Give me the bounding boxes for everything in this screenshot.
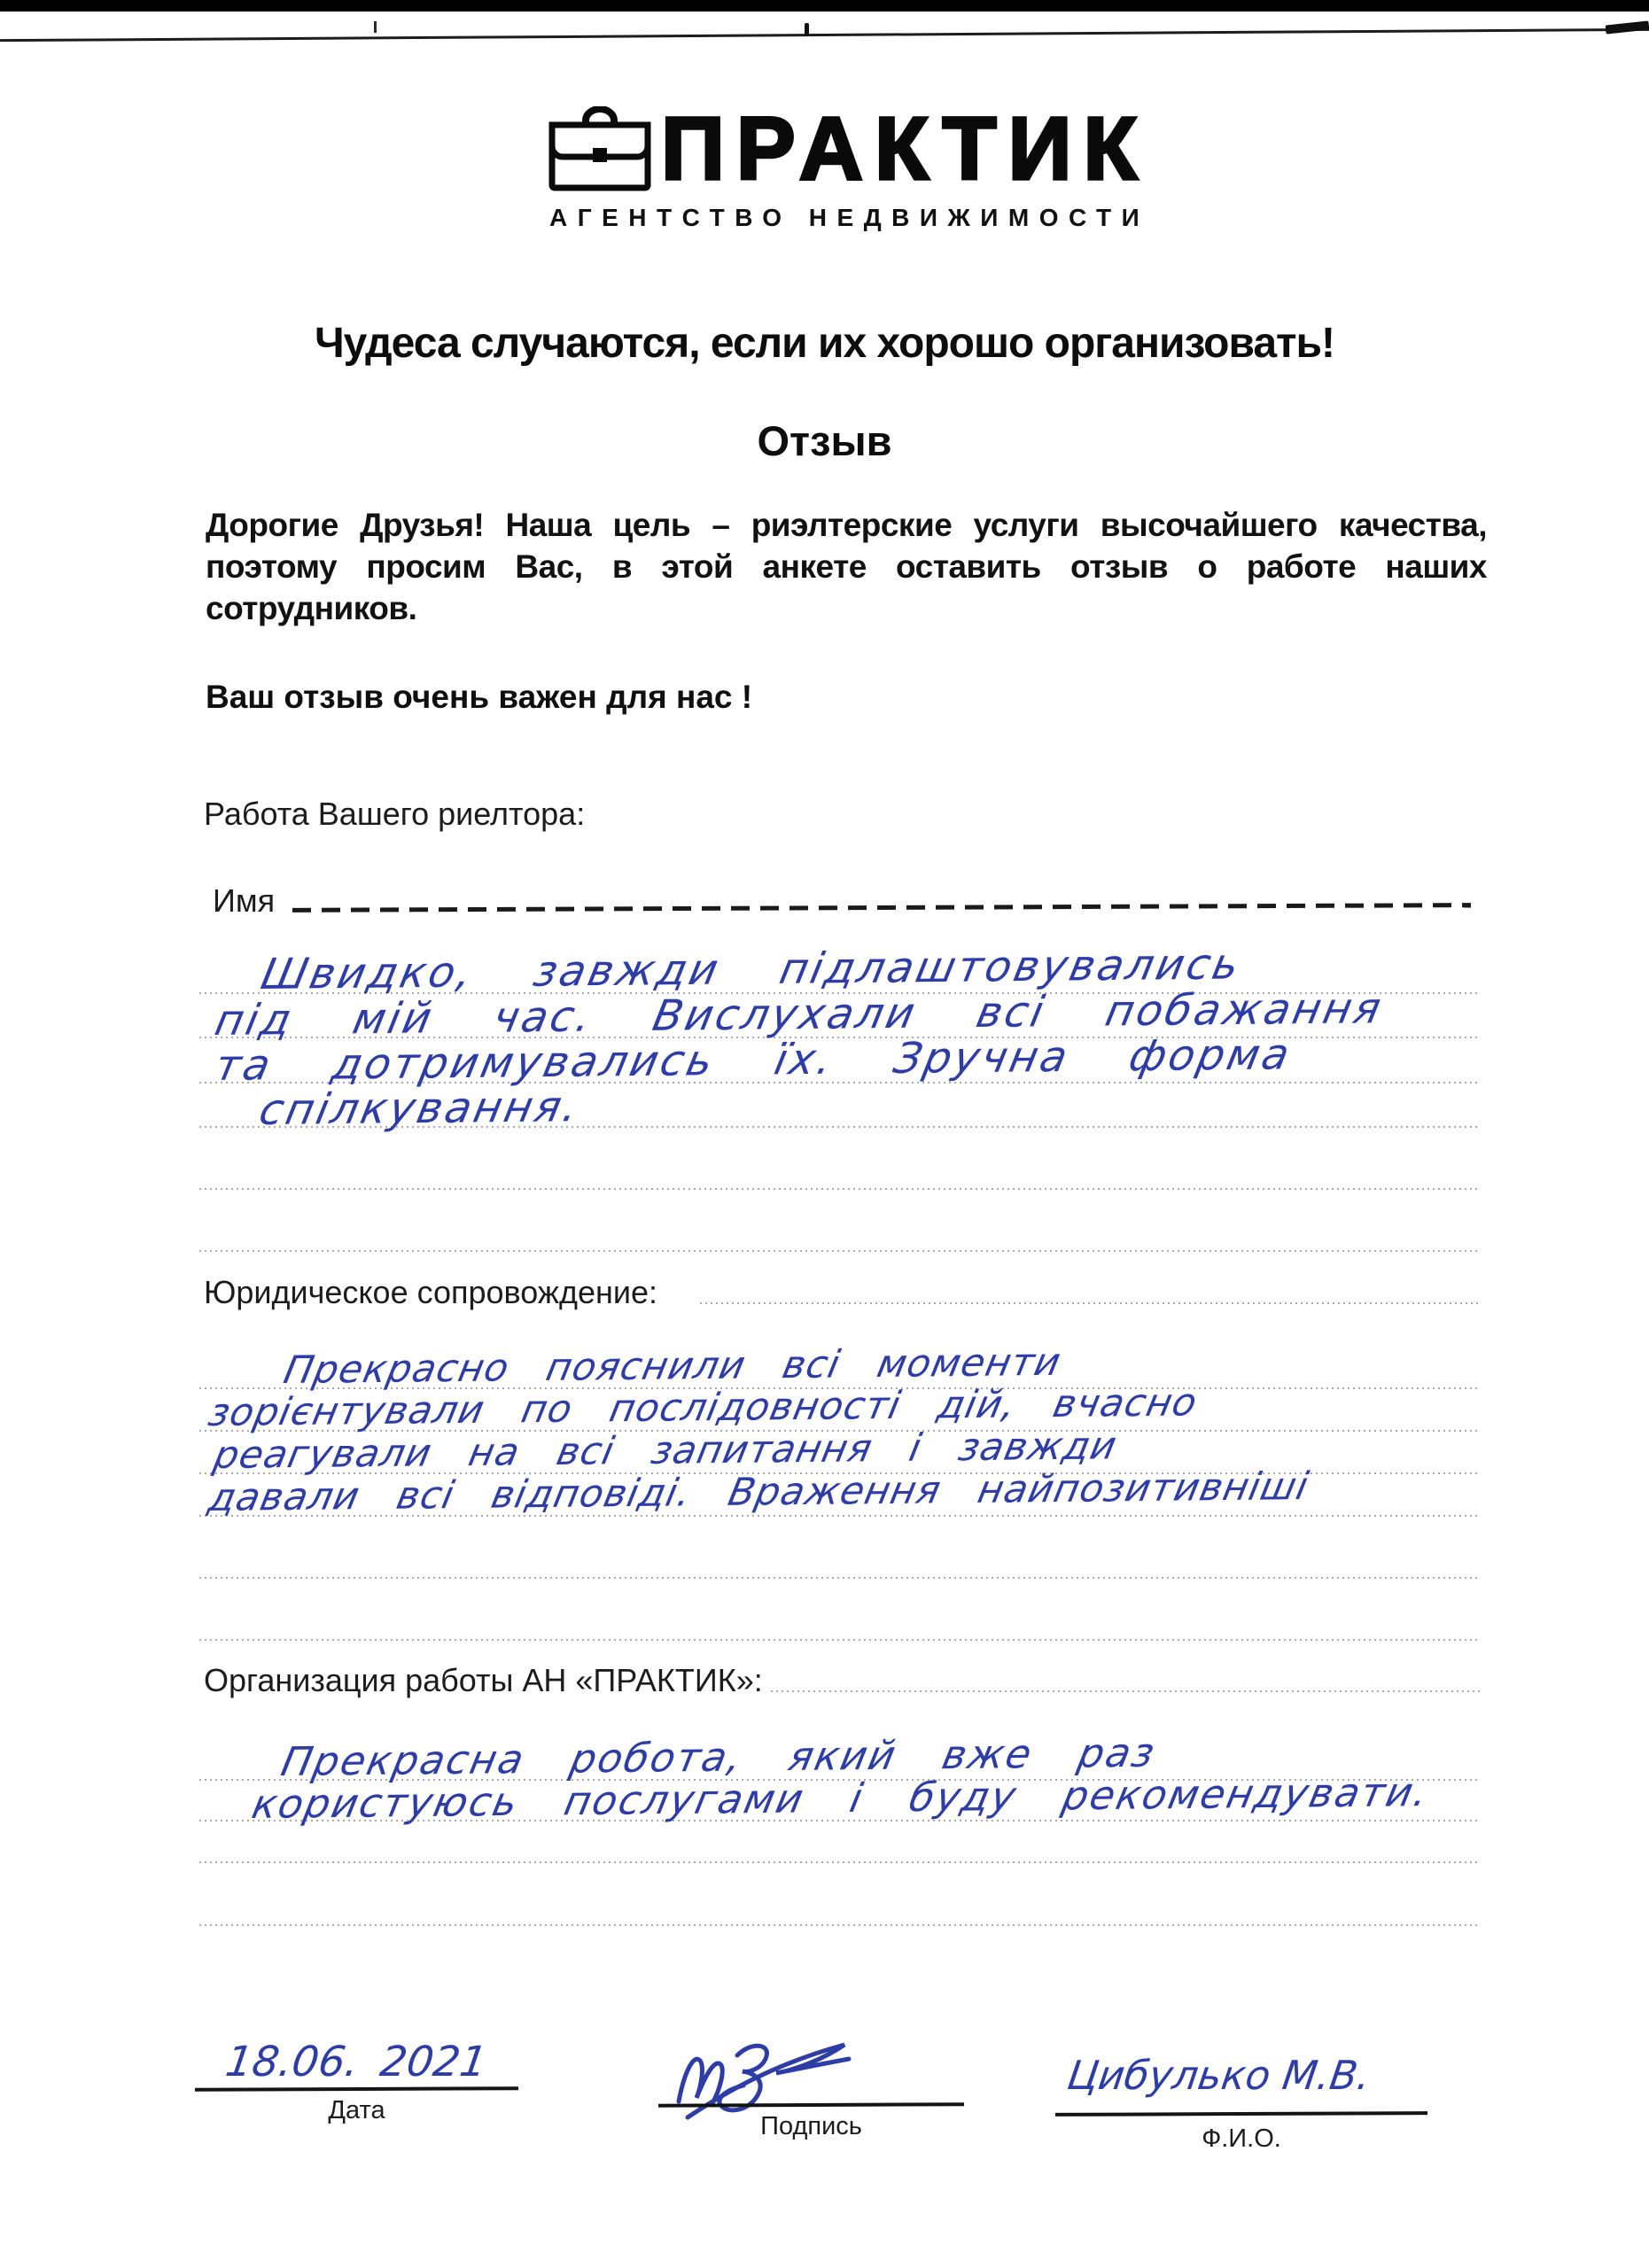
intro-line: сотрудников. bbox=[206, 590, 1487, 627]
intro-line: Дорогие Друзья! Наша цель – риэлтерские … bbox=[206, 507, 1487, 544]
date-handwritten-value: 18.06. 2021 bbox=[222, 2038, 490, 2086]
intro-line: поэтому просим Вас, в этой анкете остави… bbox=[206, 548, 1487, 586]
name-handwritten-value: Цибулько М.В. bbox=[1064, 2052, 1373, 2099]
briefcase-icon bbox=[548, 106, 652, 192]
ruled-dotted-line bbox=[199, 1924, 1480, 1926]
ruled-dotted-line bbox=[199, 1577, 1480, 1579]
logo-tagline-text: АГЕНТСТВО НЕДВИЖИМОСТИ bbox=[549, 204, 1184, 232]
signature-scribble bbox=[663, 2031, 853, 2121]
signature-underline bbox=[658, 2102, 964, 2108]
name-field-label: Имя bbox=[213, 882, 275, 920]
scan-edge-line bbox=[0, 28, 1649, 42]
scan-speck bbox=[374, 21, 377, 33]
fio-underline bbox=[1055, 2111, 1427, 2117]
section-label-legal: Юридическое сопровождение: bbox=[204, 1274, 657, 1311]
name-field-line bbox=[292, 903, 1471, 913]
form-title: Отзыв bbox=[0, 416, 1649, 465]
ruled-dotted-line bbox=[199, 1861, 1480, 1863]
importance-note: Ваш отзыв очень важен для нас ! bbox=[206, 679, 752, 716]
section-label-realtor: Работа Вашего риелтора: bbox=[204, 796, 585, 833]
date-label: Дата bbox=[195, 2096, 518, 2125]
date-underline bbox=[195, 2086, 518, 2092]
ruled-dotted-line bbox=[199, 1188, 1480, 1190]
label-dotted-line bbox=[771, 1690, 1480, 1692]
fio-label: Ф.И.О. bbox=[1055, 2124, 1427, 2154]
logo-brand-text: ПРАКТИК bbox=[661, 105, 1149, 193]
handwritten-answer-line: спілкування. bbox=[255, 1082, 585, 1135]
ruled-dotted-line bbox=[199, 1250, 1480, 1252]
scan-artifact-blob bbox=[1606, 20, 1649, 34]
ruled-dotted-line bbox=[199, 1639, 1480, 1641]
scanned-feedback-form-page: { "ink_color": "#2e3da6", "logo": { "bra… bbox=[0, 0, 1649, 2268]
signature-label: Подпись bbox=[658, 2112, 964, 2141]
scan-top-black-bar bbox=[0, 0, 1649, 12]
scan-speck bbox=[805, 23, 809, 36]
section-label-organisation: Организация работы АН «ПРАКТИК»: bbox=[204, 1662, 763, 1699]
label-dotted-line bbox=[700, 1302, 1480, 1304]
praktik-logo: ПРАКТИК АГЕНТСТВО НЕДВИЖИМОСТИ bbox=[548, 105, 1186, 239]
page-headline: Чудеса случаются, если их хорошо организ… bbox=[0, 319, 1649, 368]
